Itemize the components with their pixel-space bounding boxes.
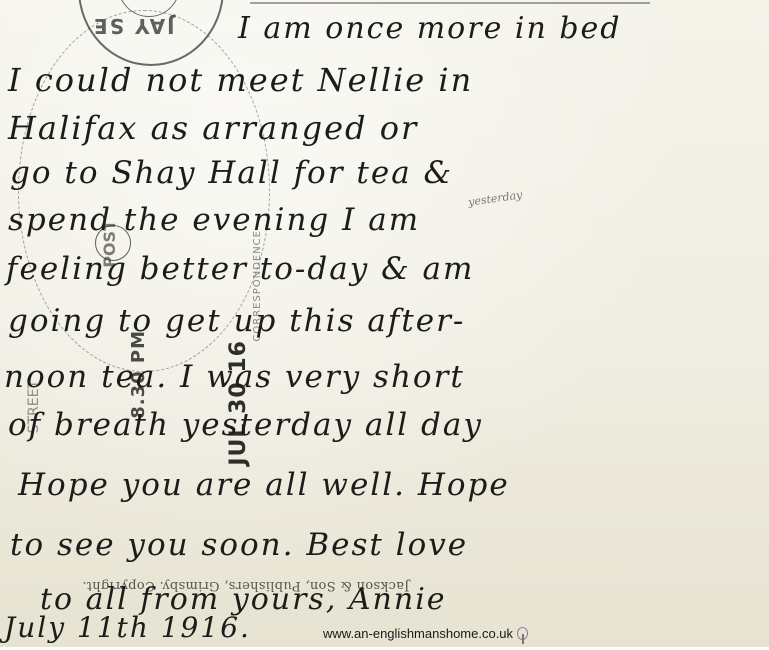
site-watermark: www.an-englishmanshome.co.uk	[323, 626, 528, 641]
handwritten-line: of breath yesterday all day	[8, 410, 483, 441]
handwritten-line: Hope you are all well. Hope	[18, 470, 510, 501]
handwritten-line: go to Shay Hall for tea &	[10, 158, 453, 189]
handwritten-line: July 11th 1916.	[4, 614, 251, 642]
watermark-text: www.an-englishmanshome.co.uk	[323, 626, 513, 641]
handwritten-line: feeling better to-day & am	[6, 254, 474, 285]
handwritten-line: I am once more in bed	[238, 14, 621, 44]
handwritten-line: I could not meet Nellie in	[8, 64, 473, 96]
handwritten-line: to see you soon. Best love	[10, 530, 468, 561]
copyright-icon	[517, 627, 528, 640]
handwritten-line: going to get up this after-	[8, 306, 465, 337]
postcard: JAY SE POST 8.30 PM JUL 30 16 CORRESPOND…	[0, 0, 769, 650]
handwritten-line: Halifax as arranged or	[8, 112, 418, 144]
handwritten-message: I am once more in bedI could not meet Ne…	[0, 0, 769, 650]
handwritten-line: spend the evening I am	[8, 205, 420, 236]
handwritten-line: noon tea. I was very short	[4, 362, 465, 393]
